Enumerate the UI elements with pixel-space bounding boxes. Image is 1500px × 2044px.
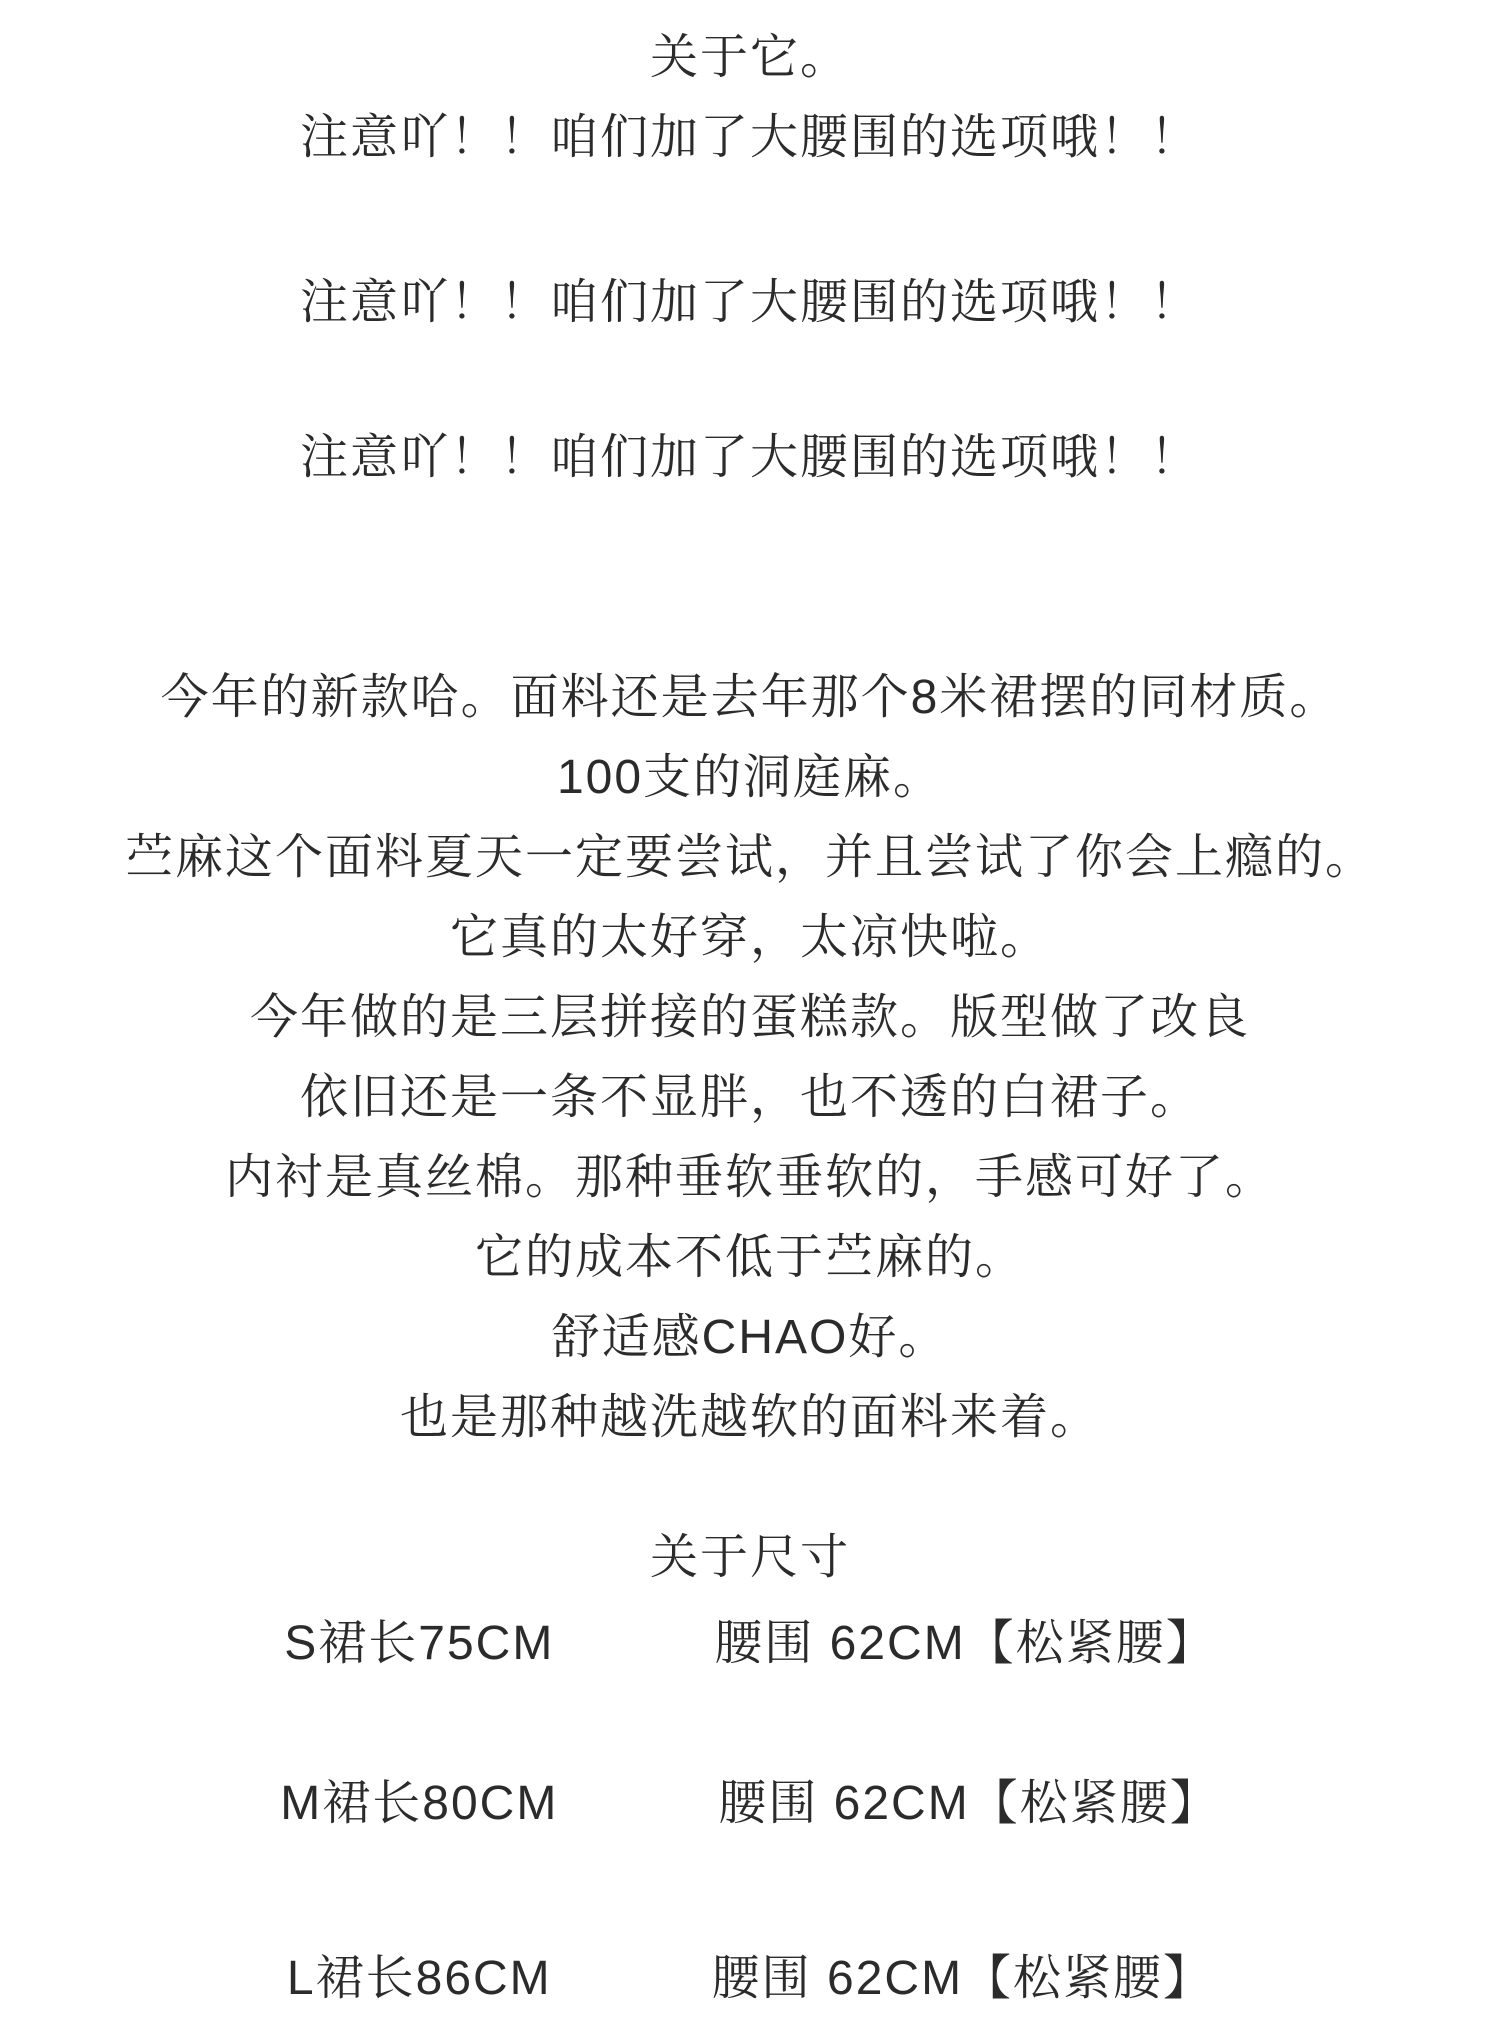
description-line: 今年做的是三层拼接的蛋糕款。版型做了改良 xyxy=(0,978,1500,1058)
description-line: 今年的新款哈。面料还是去年那个8米裙摆的同材质。 xyxy=(0,658,1500,738)
sizes-section-title: 关于尺寸 xyxy=(0,1518,1500,1598)
size-row-l: L裙长86CM 腰围 62CM【松紧腰】 xyxy=(0,1933,1500,2013)
description-line: 依旧还是一条不显胖，也不透的白裙子。 xyxy=(0,1058,1500,1138)
size-l-length: L裙长86CM xyxy=(287,1939,552,2008)
description-line: 内衬是真丝棉。那种垂软垂软的，手感可好了。 xyxy=(0,1138,1500,1218)
size-m-waist: 腰围 62CM【松紧腰】 xyxy=(718,1764,1219,1833)
size-s-waist: 腰围 62CM【松紧腰】 xyxy=(714,1604,1215,1673)
description-line: 舒适感CHAO好。 xyxy=(0,1298,1500,1378)
product-description-page: 关于它。 注意吖！！咱们加了大腰围的选项哦！！ 注意吖！！咱们加了大腰围的选项哦… xyxy=(0,0,1500,2044)
size-l-waist: 腰围 62CM【松紧腰】 xyxy=(712,1939,1213,2008)
description-line: 苎麻这个面料夏天一定要尝试，并且尝试了你会上瘾的。 xyxy=(0,818,1500,898)
fabric-description: 今年的新款哈。面料还是去年那个8米裙摆的同材质。 100支的洞庭麻。 苎麻这个面… xyxy=(0,658,1500,1458)
notice-line-3: 注意吖！！咱们加了大腰围的选项哦！！ xyxy=(0,418,1500,498)
description-line: 它真的太好穿，太凉快啦。 xyxy=(0,898,1500,978)
description-line: 也是那种越洗越软的面料来着。 xyxy=(0,1378,1500,1458)
size-row-s: S裙长75CM 腰围 62CM【松紧腰】 xyxy=(0,1598,1500,1678)
page-title: 关于它。 xyxy=(0,18,1500,98)
notice-line-2: 注意吖！！咱们加了大腰围的选项哦！！ xyxy=(0,263,1500,343)
size-m-length: M裙长80CM xyxy=(280,1764,558,1833)
size-row-m: M裙长80CM 腰围 62CM【松紧腰】 xyxy=(0,1758,1500,1838)
size-s-length: S裙长75CM xyxy=(284,1604,554,1673)
notice-line-1: 注意吖！！咱们加了大腰围的选项哦！！ xyxy=(0,98,1500,178)
description-line: 它的成本不低于苎麻的。 xyxy=(0,1218,1500,1298)
description-line: 100支的洞庭麻。 xyxy=(0,738,1500,818)
